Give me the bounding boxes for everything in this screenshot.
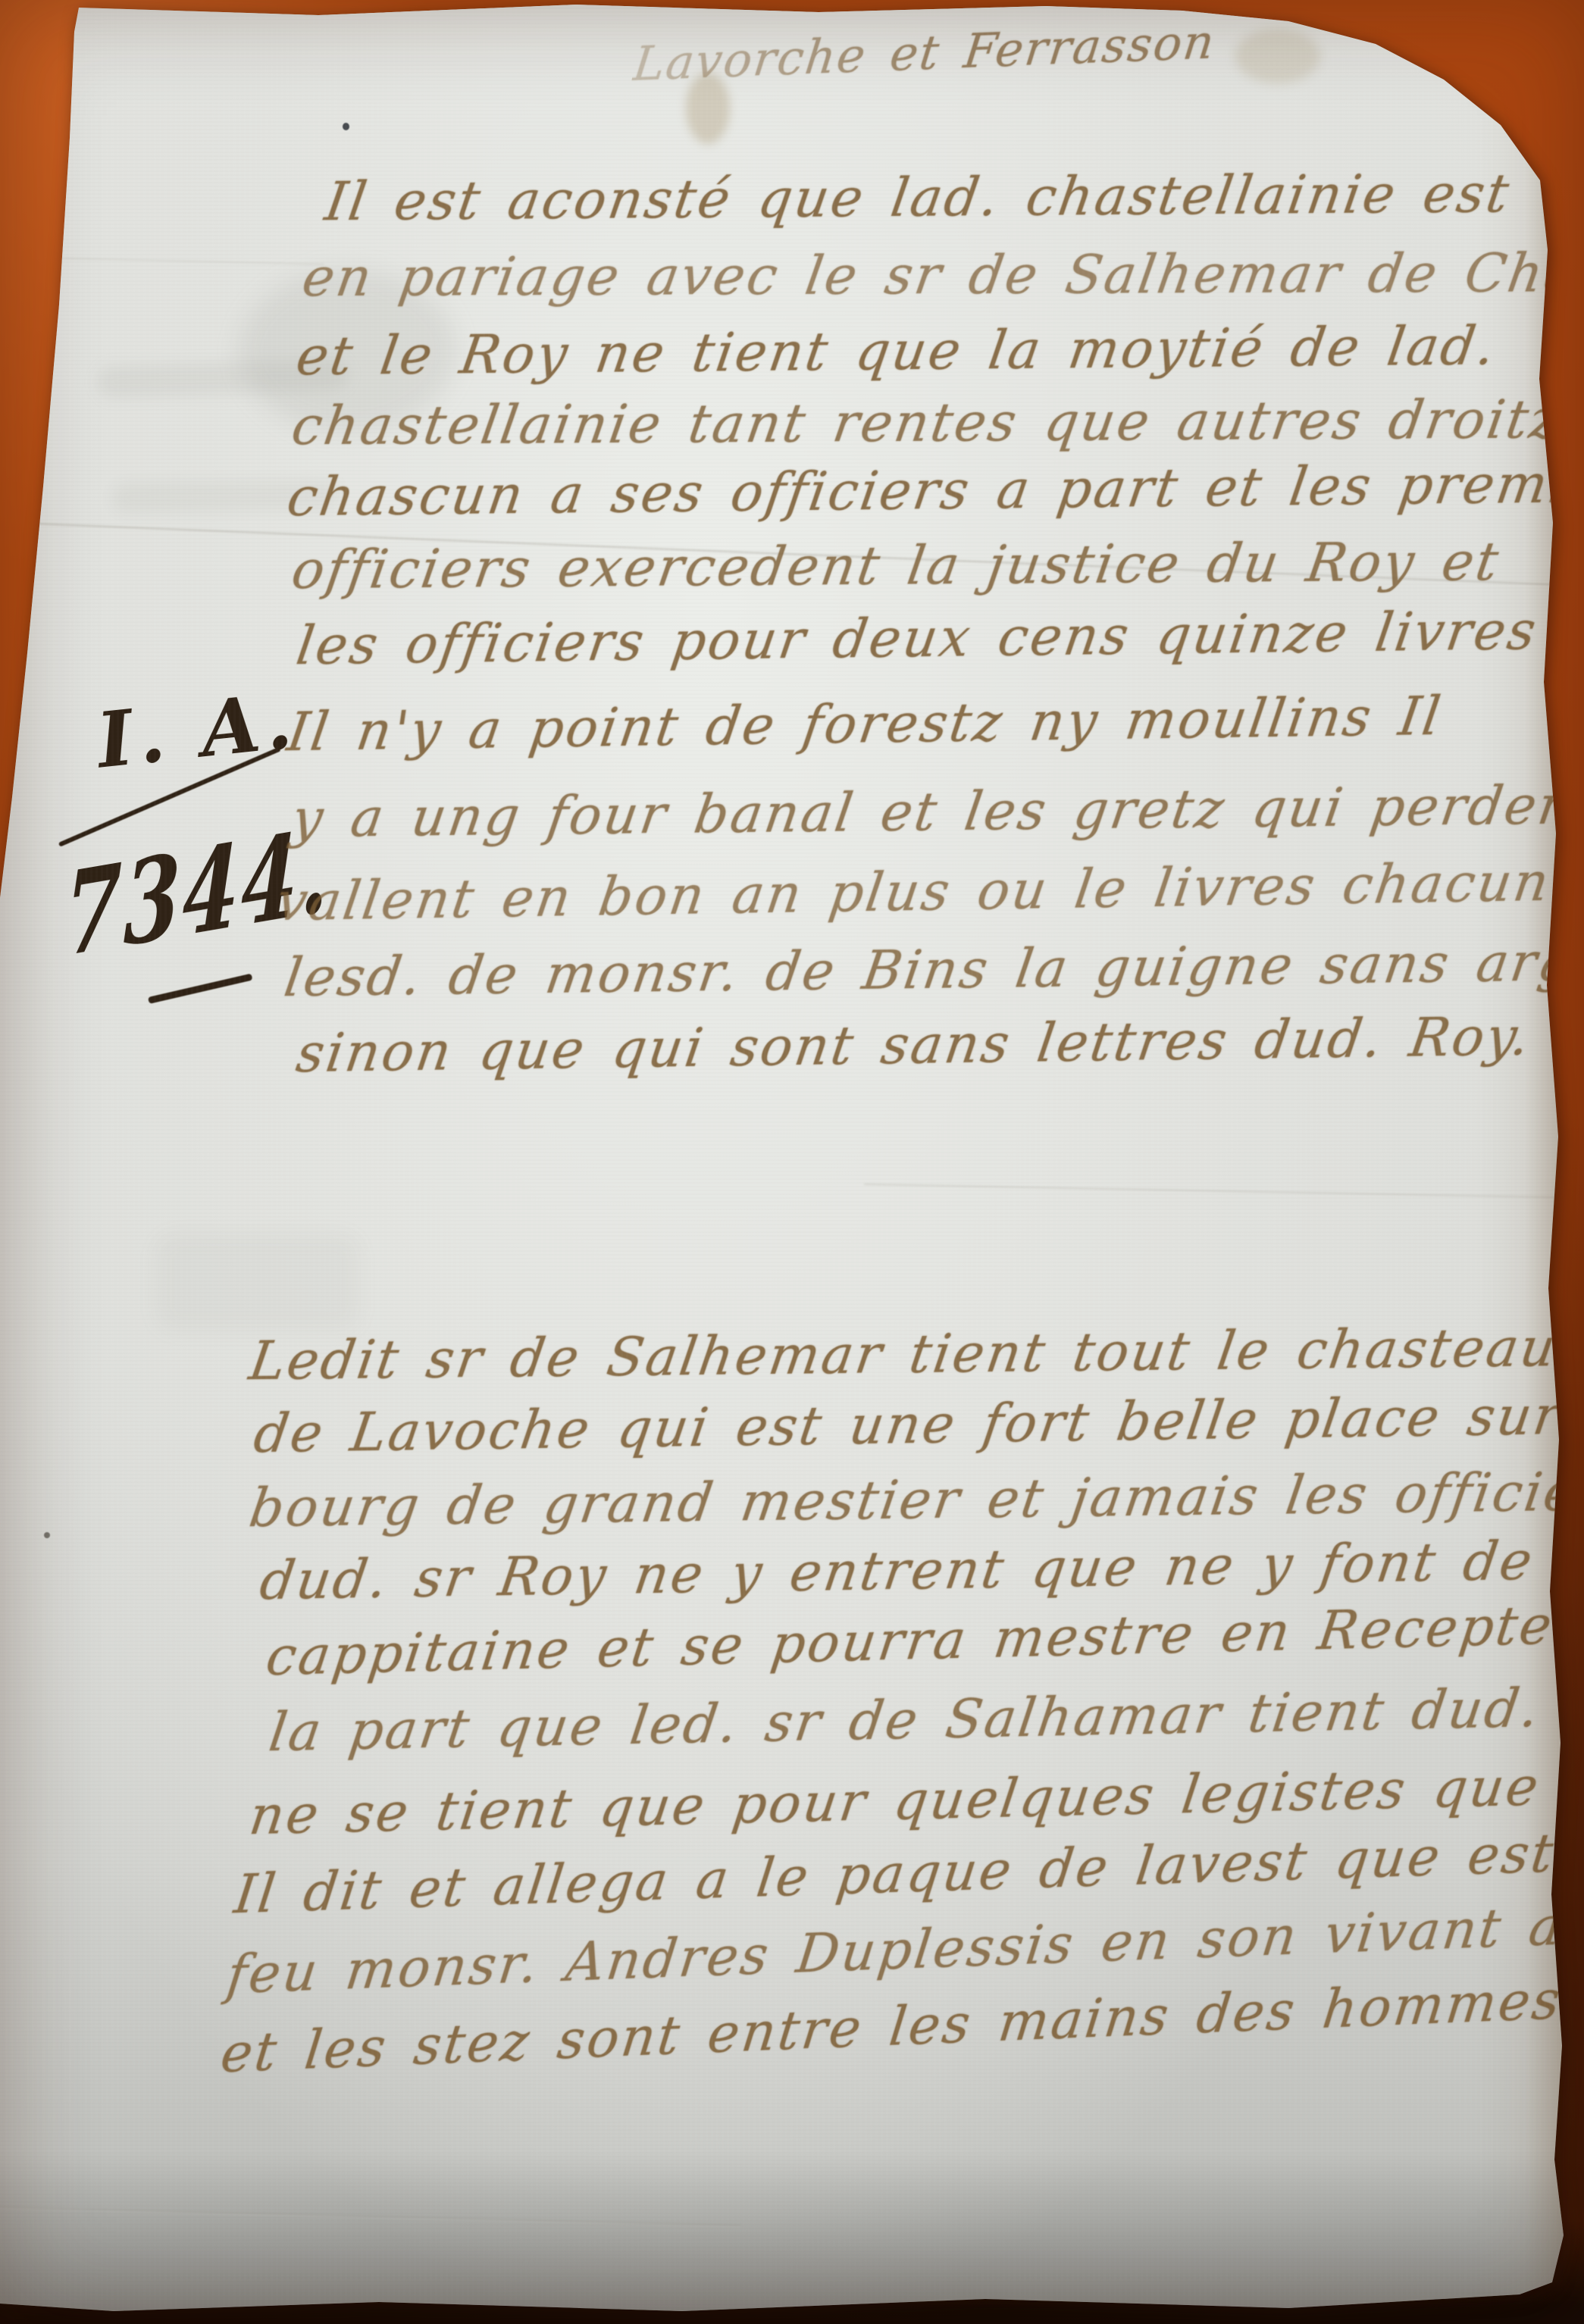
paper-bottom-shade <box>0 2150 1584 2324</box>
ink-speck <box>44 1532 50 1538</box>
margin-initials: I. A. <box>93 676 302 786</box>
handwritten-line: chastellainie tant rentes que autres dro… <box>288 388 1584 457</box>
photo-background: Lavorche et Ferrasson I. A. 7344. Il est… <box>0 0 1584 2324</box>
handwritten-line: et le Roy ne tient que la moytié de lad. <box>293 314 1501 387</box>
paper-edge-shade <box>1525 0 1584 2324</box>
handwritten-line: Ledit sr de Salhemar tient tout le chast… <box>246 1316 1562 1392</box>
handwritten-line: officiers exercedent la justice du Roy e… <box>288 530 1504 601</box>
page-title: Lavorche et Ferrasson <box>631 14 1219 92</box>
ink-speck <box>343 123 349 130</box>
handwritten-line: les officiers pour deux cens quinze livr… <box>293 599 1584 677</box>
archive-number-underline <box>148 974 252 1004</box>
handwritten-line: vallent en bon an plus ou le livres chac… <box>273 848 1584 933</box>
handwritten-line: de Lavoche qui est une fort belle place … <box>250 1382 1584 1465</box>
handwritten-line: y a ung four banal et les gretz qui perd… <box>288 774 1584 849</box>
fold-crease-top <box>0 256 324 266</box>
handwritten-line: la part que led. sr de Salhamar tient du… <box>265 1671 1584 1763</box>
handwritten-line: en pariage avec le sr de Salhemar de Cha… <box>299 241 1584 308</box>
handwritten-line: lesd. de monsr. de Bins la guigne sans a… <box>280 930 1584 1009</box>
handwritten-line: sinon que qui sont sans lettres dud. Roy… <box>293 1005 1535 1084</box>
handwritten-line: Il est aconsté que lad. chastellainie es… <box>321 162 1515 233</box>
ink-stain <box>1235 29 1320 83</box>
handwritten-line: Il n'y a point de forestz ny moullins Il <box>283 685 1446 763</box>
fold-crease-middle <box>864 1184 1584 1200</box>
manuscript-page: Lavorche et Ferrasson I. A. 7344. Il est… <box>0 0 1584 2324</box>
paper-shadow: Lavorche et Ferrasson I. A. 7344. Il est… <box>0 0 1584 2324</box>
handwritten-line: bourg de grand mestier et jamais les off… <box>246 1460 1584 1539</box>
showthrough-mark <box>156 1235 359 1331</box>
handwritten-line: chascun a ses officiers a part et les pr… <box>283 452 1584 528</box>
